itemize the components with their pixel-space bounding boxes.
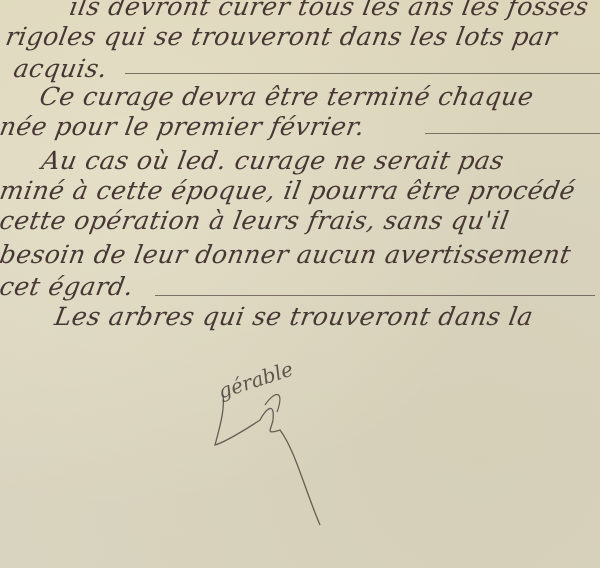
text-line-10: cet égard. xyxy=(0,272,136,301)
text-line-2: rigoles qui se trouveront dans les lots … xyxy=(3,22,559,51)
text-line-8: cette opération à leurs frais, sans qu'i… xyxy=(0,206,511,235)
text-line-1: ils devront curer tous les ans les fossé… xyxy=(67,0,591,21)
line-fill-rule xyxy=(125,73,600,74)
line-fill-rule xyxy=(155,295,595,296)
text-line-9: besoin de leur donner aucun avertissemen… xyxy=(0,240,573,269)
text-line-5: née pour le premier février. xyxy=(0,112,367,141)
text-line-11: Les arbres qui se trouveront dans la xyxy=(52,302,535,331)
text-line-6: Au cas où led. curage ne serait pas xyxy=(39,146,506,175)
line-fill-rule xyxy=(425,133,600,134)
text-line-7: miné à cette époque, il pourra être proc… xyxy=(0,176,578,205)
manuscript-page: ils devront curer tous les ans les fossé… xyxy=(0,0,600,568)
signature: gérable xyxy=(205,350,345,540)
text-line-4: Ce curage devra être terminé chaque xyxy=(37,82,536,111)
text-line-3: acquis. xyxy=(11,54,109,83)
